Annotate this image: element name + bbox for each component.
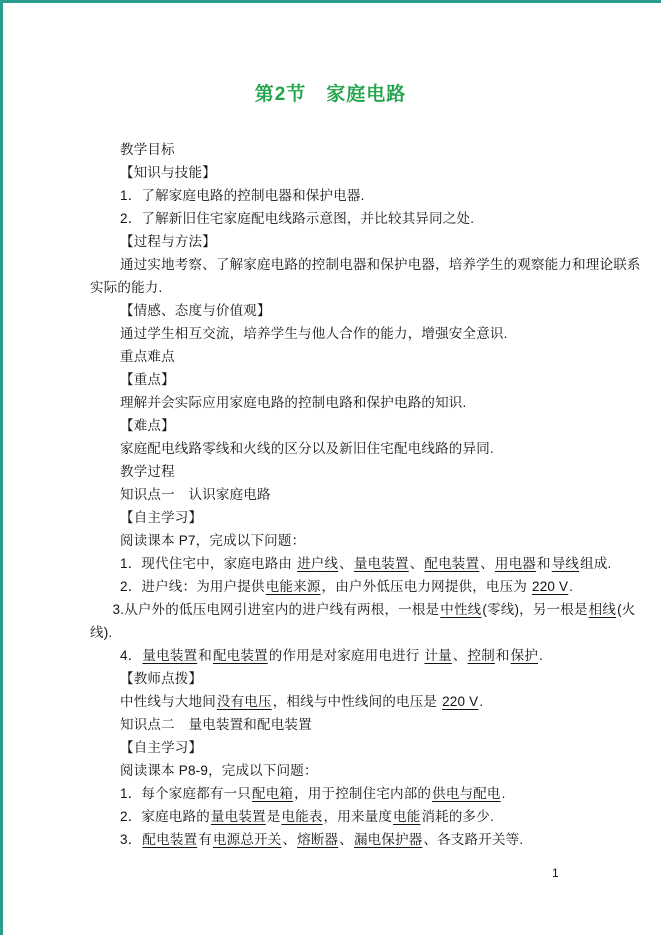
doc-text: 理解并会实际应用家庭电路的控制电路和保护电路的知识. xyxy=(120,395,466,410)
doc-text: 和 xyxy=(496,648,510,663)
doc-line: 1．现代住宅中，家庭电路由 进户线、量电装置、配电装置、用电器和导线组成. xyxy=(90,552,576,575)
blank-answer-underlined: 熔断器 xyxy=(296,832,339,847)
doc-text: 有 xyxy=(198,832,212,847)
blank-answer-underlined: 量电装置 xyxy=(141,648,198,663)
doc-text: 阅读课本 P7，完成以下问题： xyxy=(120,533,305,548)
doc-line: 【教师点拨】 xyxy=(90,667,576,690)
doc-text: 1．每个家庭都有一只 xyxy=(120,786,251,801)
doc-line: 2．进户线：为用户提供电能来源，由户外低压电力网提供，电压为 220 V. xyxy=(90,575,576,598)
doc-text: 、 xyxy=(282,832,296,847)
blank-answer-underlined: 电源总开关 xyxy=(212,832,283,847)
doc-text: 【自主学习】 xyxy=(120,510,202,525)
doc-line: 2．家庭电路的量电装置是电能表，用来量度电能消耗的多少. xyxy=(90,805,576,828)
doc-text: 3． xyxy=(120,832,141,847)
blank-answer-underlined: 用电器 xyxy=(494,556,537,571)
doc-text: ，用来量度 xyxy=(324,809,393,824)
doc-text: 知识点二 量电装置和配电装置 xyxy=(120,717,312,732)
doc-line: 通过实地考察、了解家庭电路的控制电器和保护电器，培养学生的观察能力和理论联系 xyxy=(90,253,576,276)
blank-answer-underlined: 配电装置 xyxy=(423,556,480,571)
doc-text: 1．了解家庭电路的控制电器和保护电器. xyxy=(120,188,365,203)
doc-text: 、 xyxy=(410,556,424,571)
doc-text: 组成. xyxy=(580,556,611,571)
doc-text: (零线)，另一根是 xyxy=(482,602,587,617)
blank-answer-underlined: 进户线 xyxy=(296,556,339,571)
doc-text: 【重点】 xyxy=(120,372,175,387)
doc-text: 2．家庭电路的 xyxy=(120,809,210,824)
doc-text: 阅读课本 P8-9，完成以下问题： xyxy=(120,763,318,778)
document-page: 第2节 家庭电路 教学目标【知识与技能】1．了解家庭电路的控制电器和保护电器.2… xyxy=(0,0,661,935)
doc-line: 教学过程 xyxy=(90,460,576,483)
doc-line: 【难点】 xyxy=(90,414,576,437)
doc-text: 【情感、态度与价值观】 xyxy=(120,303,271,318)
doc-text: . xyxy=(479,694,483,709)
blank-answer-underlined: 相线 xyxy=(588,602,617,617)
doc-text: ，由户外低压电力网提供，电压为 xyxy=(322,579,531,594)
doc-line: 重点难点 xyxy=(90,345,576,368)
doc-text: 2．进户线：为用户提供 xyxy=(120,579,265,594)
document-body: 教学目标【知识与技能】1．了解家庭电路的控制电器和保护电器.2．了解新旧住宅家庭… xyxy=(90,138,576,851)
doc-line: 【过程与方法】 xyxy=(90,230,576,253)
doc-line: 阅读课本 P7，完成以下问题： xyxy=(90,529,576,552)
window-edge-top xyxy=(0,0,661,3)
doc-text: ，相线与中性线间的电压是 xyxy=(273,694,441,709)
doc-text: . xyxy=(569,579,573,594)
doc-text: 通过学生相互交流，培养学生与他人合作的能力，增强安全意识. xyxy=(120,326,508,341)
blank-answer-underlined: 电能 xyxy=(392,809,421,824)
blank-answer-underlined: 供电与配电 xyxy=(431,786,502,801)
doc-text: 、 xyxy=(453,648,467,663)
doc-text: 消耗的多少. xyxy=(421,809,493,824)
doc-line: 3.从户外的低压电网引进室内的进户线有两根，一根是中性线(零线)，另一根是相线(… xyxy=(90,598,576,621)
blank-answer-underlined: 量电装置 xyxy=(353,556,410,571)
window-edge-left xyxy=(0,0,3,935)
doc-text: 、 xyxy=(339,832,353,847)
blank-answer-underlined: 保护 xyxy=(510,648,539,663)
doc-text: 线). xyxy=(90,625,112,640)
blank-answer-underlined: 电能表 xyxy=(280,809,323,824)
doc-text: 【自主学习】 xyxy=(120,740,202,755)
doc-text: 、 xyxy=(480,556,494,571)
page-title: 第2节 家庭电路 xyxy=(0,79,661,106)
doc-line: 3．配电装置有电源总开关、熔断器、漏电保护器、各支路开关等. xyxy=(90,828,576,851)
doc-text: 重点难点 xyxy=(120,349,175,364)
doc-line: 中性线与大地间没有电压，相线与中性线间的电压是 220 V. xyxy=(90,690,576,713)
doc-line: 【重点】 xyxy=(90,368,576,391)
doc-line: 1．了解家庭电路的控制电器和保护电器. xyxy=(90,184,576,207)
doc-text: ，用于控制住宅内部的 xyxy=(294,786,431,801)
blank-answer-underlined: 配电装置 xyxy=(141,832,198,847)
doc-text: 2．了解新旧住宅家庭配电线路示意图，并比较其异同之处. xyxy=(120,211,474,226)
blank-answer-underlined: 220 V xyxy=(531,579,569,594)
doc-line: 知识点二 量电装置和配电装置 xyxy=(90,713,576,736)
doc-line: 1．每个家庭都有一只配电箱，用于控制住宅内部的供电与配电. xyxy=(90,782,576,805)
doc-text: 、各支路开关等. xyxy=(423,832,523,847)
doc-text: 实际的能力. xyxy=(90,280,162,295)
doc-text: 【难点】 xyxy=(120,418,175,433)
doc-text: (火 xyxy=(617,602,635,617)
doc-text: 1．现代住宅中，家庭电路由 xyxy=(120,556,296,571)
doc-line: 2．了解新旧住宅家庭配电线路示意图，并比较其异同之处. xyxy=(90,207,576,230)
doc-text: 和 xyxy=(537,556,551,571)
doc-line: 4．量电装置和配电装置的作用是对家庭用电进行 计量、控制和保护. xyxy=(90,644,576,667)
blank-answer-underlined: 计量 xyxy=(423,648,452,663)
doc-text: 、 xyxy=(339,556,353,571)
doc-line: 实际的能力. xyxy=(90,276,576,299)
doc-text: 的作用是对家庭用电进行 xyxy=(269,648,424,663)
doc-text: 3.从户外的低压电网引进室内的进户线有两根，一根是 xyxy=(113,602,440,617)
doc-text: 教学过程 xyxy=(120,464,175,479)
doc-line: 线). xyxy=(90,621,576,644)
doc-text: 教学目标 xyxy=(120,142,175,157)
doc-text: 中性线与大地间 xyxy=(120,694,216,709)
doc-line: 理解并会实际应用家庭电路的控制电路和保护电路的知识. xyxy=(90,391,576,414)
doc-line: 【自主学习】 xyxy=(90,506,576,529)
doc-text: . xyxy=(502,786,506,801)
doc-text: 通过实地考察、了解家庭电路的控制电器和保护电器，培养学生的观察能力和理论联系 xyxy=(120,257,641,272)
doc-text: 【知识与技能】 xyxy=(120,165,216,180)
blank-answer-underlined: 配电装置 xyxy=(212,648,269,663)
doc-line: 【自主学习】 xyxy=(90,736,576,759)
doc-line: 教学目标 xyxy=(90,138,576,161)
doc-text: 4． xyxy=(120,648,141,663)
doc-text: 和 xyxy=(198,648,212,663)
doc-line: 【情感、态度与价值观】 xyxy=(90,299,576,322)
blank-answer-underlined: 量电装置 xyxy=(210,809,267,824)
doc-line: 知识点一 认识家庭电路 xyxy=(90,483,576,506)
blank-answer-underlined: 电能来源 xyxy=(265,579,322,594)
blank-answer-underlined: 220 V xyxy=(441,694,479,709)
blank-answer-underlined: 没有电压 xyxy=(216,694,273,709)
doc-line: 通过学生相互交流，培养学生与他人合作的能力，增强安全意识. xyxy=(90,322,576,345)
doc-line: 家庭配电线路零线和火线的区分以及新旧住宅配电线路的异同. xyxy=(90,437,576,460)
doc-text: 【教师点拨】 xyxy=(120,671,202,686)
blank-answer-underlined: 中性线 xyxy=(439,602,482,617)
doc-line: 【知识与技能】 xyxy=(90,161,576,184)
doc-text: 是 xyxy=(267,809,281,824)
blank-answer-underlined: 配电箱 xyxy=(251,786,294,801)
doc-text: 知识点一 认识家庭电路 xyxy=(120,487,271,502)
doc-line: 阅读课本 P8-9，完成以下问题： xyxy=(90,759,576,782)
doc-text: 家庭配电线路零线和火线的区分以及新旧住宅配电线路的异同. xyxy=(120,441,494,456)
blank-answer-underlined: 导线 xyxy=(551,556,580,571)
doc-text: 【过程与方法】 xyxy=(120,234,216,249)
page-number: 1 xyxy=(552,866,559,880)
blank-answer-underlined: 漏电保护器 xyxy=(353,832,424,847)
blank-answer-underlined: 控制 xyxy=(467,648,496,663)
doc-text: . xyxy=(539,648,543,663)
